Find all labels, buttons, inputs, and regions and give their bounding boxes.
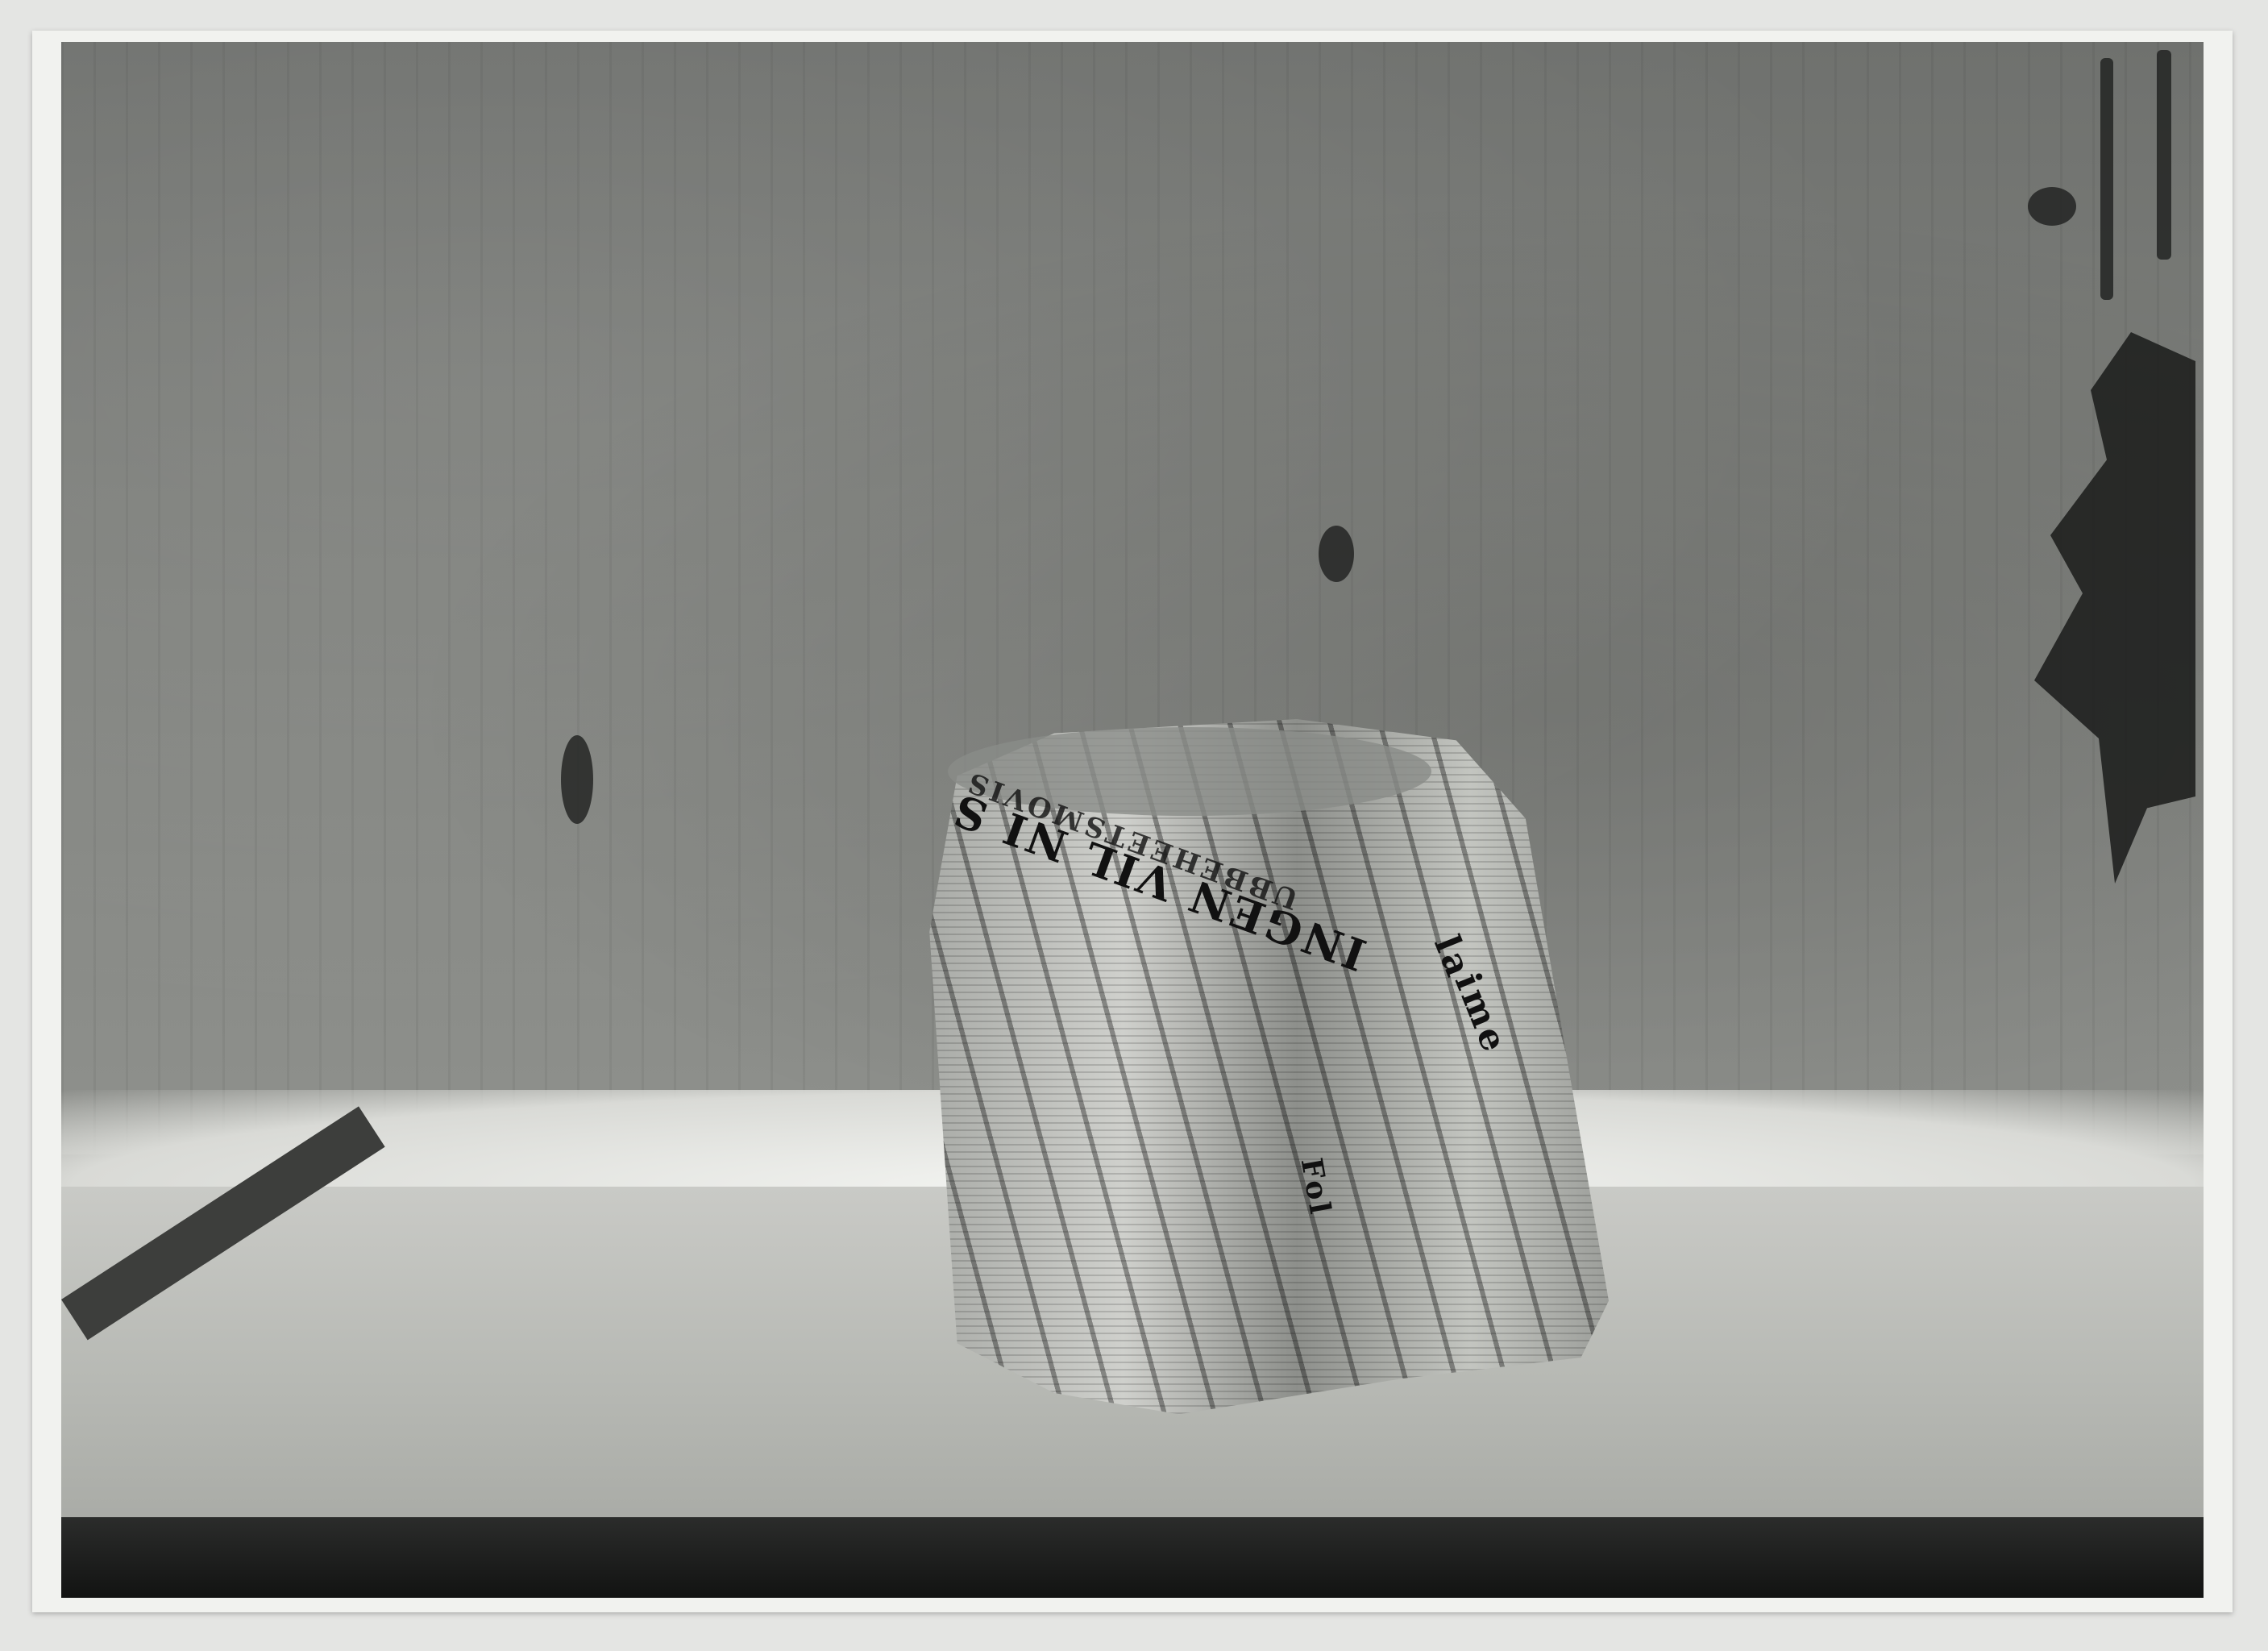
- wall-stain: [2100, 58, 2113, 300]
- photo-print: UBBEHEETSMOVIS INGEN VIL NI S la ime Fol: [32, 31, 2233, 1612]
- wall-stain: [2028, 187, 2076, 226]
- photograph: UBBEHEETSMOVIS INGEN VIL NI S la ime Fol: [61, 42, 2204, 1598]
- wall-stain: [561, 735, 593, 824]
- wall-stain: [2157, 50, 2171, 260]
- tree-shadow: [2034, 332, 2195, 913]
- photo-bottom-edge: [61, 1517, 2204, 1598]
- wall-stain: [1319, 526, 1354, 582]
